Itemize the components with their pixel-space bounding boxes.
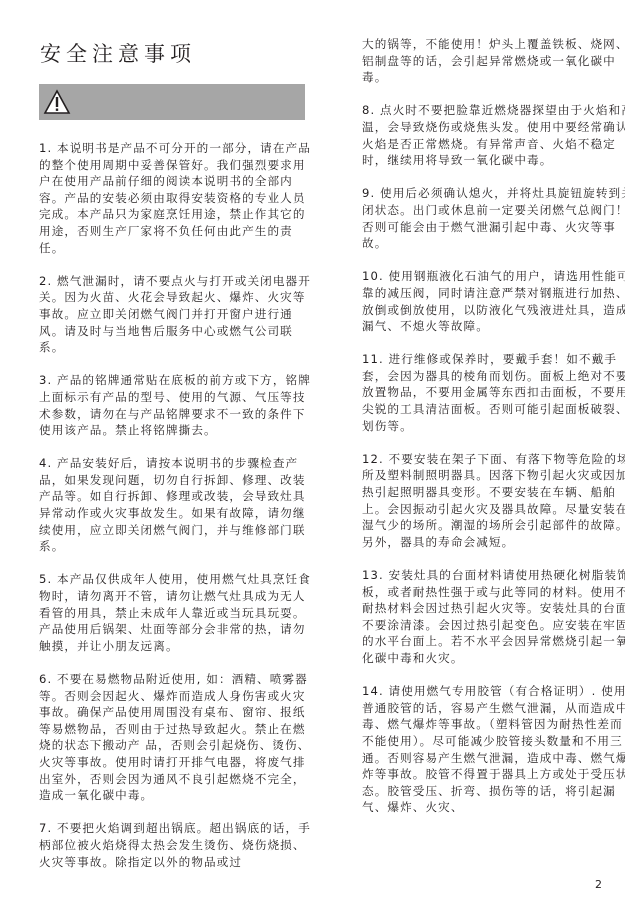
page-title: 安全注意事项 (40, 38, 196, 68)
right-column: 大的锅等，不能使用！炉头上覆盖铁板、烧网、铝制盘等的话，会引起异常燃烧或一氧化碳… (362, 36, 625, 833)
safety-item-10: 10. 使用钢瓶液化石油气的用户，请选用性能可靠的减压阀，同时请注意严禁对钢瓶进… (362, 268, 625, 334)
safety-item-11: 11. 进行维修或保养时，要戴手套！如不戴手套，会因为器具的棱角而划伤。面板上绝… (362, 351, 625, 434)
safety-item-4: 4. 产品安装好后，请按本说明书的步骤检查产品，如果发现问题，切勿自行拆卸、修理… (39, 455, 311, 555)
safety-item-1: 1. 本说明书是产品不可分开的一部分，请在产品的整个使用周期中妥善保管好。我们强… (39, 140, 311, 256)
safety-item-14: 14. 请使用燃气专用胶管（有合格证明）. 使用普通胶管的话，容易产生燃气泄漏，… (362, 683, 625, 816)
safety-item-2: 2. 燃气泄漏时，请不要点火与打开或关闭电器开关。因为火苗、火花会导致起火、爆炸… (39, 273, 311, 356)
warning-triangle-icon (43, 89, 71, 115)
safety-item-12: 12. 不要安装在架子下面、有落下物等危险的场所及塑料制照明器具。因落下物引起火… (362, 451, 625, 551)
safety-item-3: 3. 产品的铭牌通常贴在底板的前方或下方，铭牌上面标示有产品的型号、使用的气源、… (39, 372, 311, 438)
safety-item-13: 13. 安装灶具的台面材料请使用热硬化树脂装饰板，或者耐热性强于或与此等同的材料… (362, 567, 625, 667)
safety-item-7-continued: 大的锅等，不能使用！炉头上覆盖铁板、烧网、铝制盘等的话，会引起异常燃烧或一氧化碳… (362, 36, 625, 86)
safety-item-6: 6. 不要在易燃物品附近使用, 如：酒精、喷雾器等。否则会因起火、爆炸而造成人身… (39, 671, 311, 804)
page-number: 2 (595, 878, 602, 891)
left-column: 1. 本说明书是产品不可分开的一部分，请在产品的整个使用周期中妥善保管好。我们强… (39, 140, 311, 887)
safety-item-5: 5. 本产品仅供成年人使用，使用燃气灶具烹饪食物时，请勿离开不管，请勿让燃气灶具… (39, 571, 311, 654)
safety-item-8: 8. 点火时不要把脸靠近燃烧器探望由于火焰和高温，会导致烧伤或烧焦头发。使用中要… (362, 102, 625, 168)
safety-item-7: 7. 不要把火焰调到超出锅底。超出锅底的话，手柄部位被火焰烧得太热会发生烫伤、烧… (39, 820, 311, 870)
safety-item-9: 9. 使用后必须确认熄火，并将灶具旋钮旋转到关闭状态。出门或休息前一定要关闭燃气… (362, 185, 625, 251)
warning-banner (39, 84, 305, 120)
